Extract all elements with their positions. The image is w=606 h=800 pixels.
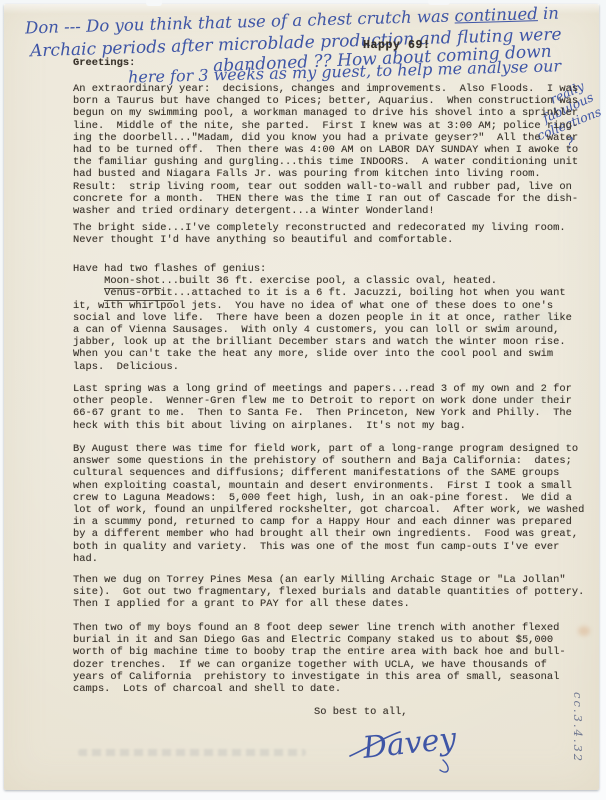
- typed-happy-69: Happy 69!: [363, 39, 431, 52]
- paragraph-torrey-pines: Then we dug on Torrey Pines Mesa (an ear…: [73, 574, 584, 611]
- paper-edge-notch: [146, 0, 162, 6]
- handwritten-text: in: [537, 4, 559, 24]
- paragraph-flashes-of-genius: Have had two flashes of genius: Moon-sho…: [73, 263, 572, 373]
- paragraph-extraordinary-year: An extraordinary year: decisions, change…: [73, 83, 578, 217]
- bleed-through-marks: [78, 749, 306, 756]
- catalog-number: cc.3.4.32: [571, 692, 585, 763]
- venus-orbit-underline: [104, 300, 174, 301]
- closing-line: So best to all,: [314, 706, 408, 718]
- paragraph-field-work: By August there was time for field work,…: [73, 443, 584, 565]
- bleed-through-smudge: [500, 308, 560, 334]
- signature-flourish: Davey: [348, 718, 498, 778]
- bleed-through-smudge: [505, 388, 560, 410]
- paragraph-bright-side: The bright side...I've completely recons…: [73, 222, 566, 246]
- salutation: Greetings:: [73, 57, 135, 69]
- signature-block: Davey: [348, 718, 498, 778]
- signature-text: Davey: [360, 721, 459, 766]
- paper-stain: [578, 626, 590, 636]
- underlined-word-continued: continued: [454, 4, 538, 25]
- paper-edge-notch: [428, 0, 450, 5]
- paragraph-last-spring: Last spring was a long grind of meetings…: [73, 383, 572, 432]
- moon-shot-underline: [104, 288, 161, 289]
- paragraph-sewer-trench: Then two of my boys found an 8 foot deep…: [73, 622, 566, 695]
